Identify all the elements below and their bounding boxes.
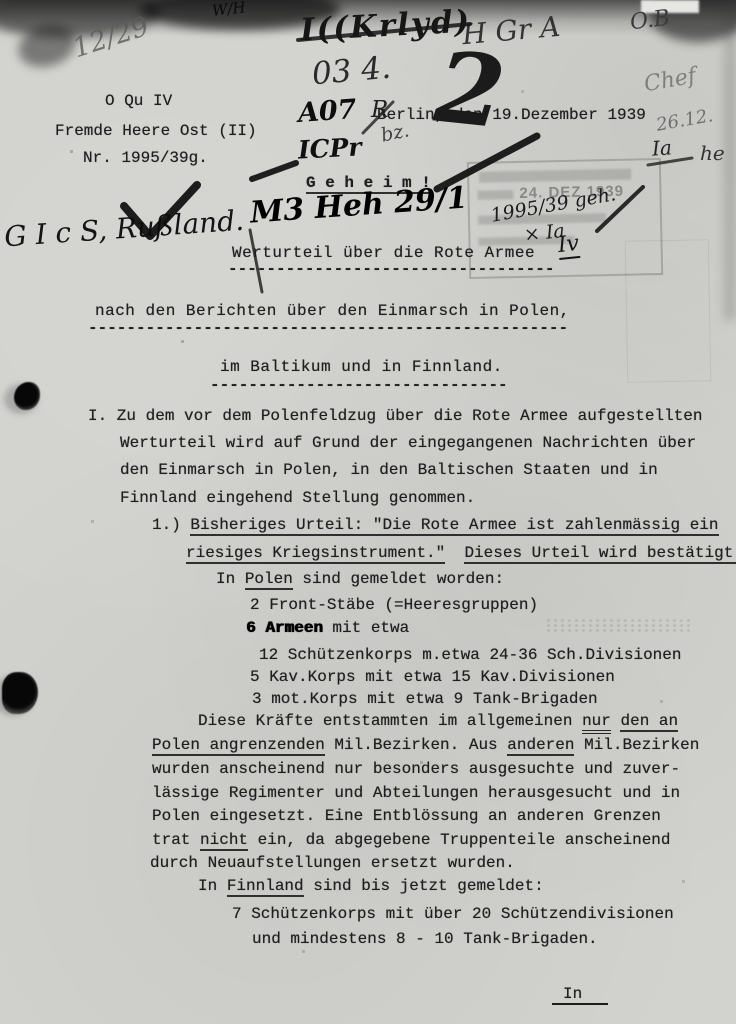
scanned-document-page: 24. DEZ 1939 O Qu IV Fremde Heere Ost (I… bbox=[0, 0, 736, 1024]
pen-slash-after-number bbox=[597, 187, 643, 231]
strike-through-r bbox=[363, 102, 393, 133]
checkmark-stroke bbox=[124, 185, 197, 236]
diagonal-slash-over-stamp bbox=[437, 136, 537, 189]
strike-under-ia bbox=[648, 158, 692, 165]
marker-stroke-left-of-geheim bbox=[252, 163, 296, 179]
pen-strokes-overlay bbox=[0, 0, 736, 1024]
strike-through-scribble bbox=[298, 24, 470, 40]
pen-stroke-through-title bbox=[250, 230, 262, 292]
